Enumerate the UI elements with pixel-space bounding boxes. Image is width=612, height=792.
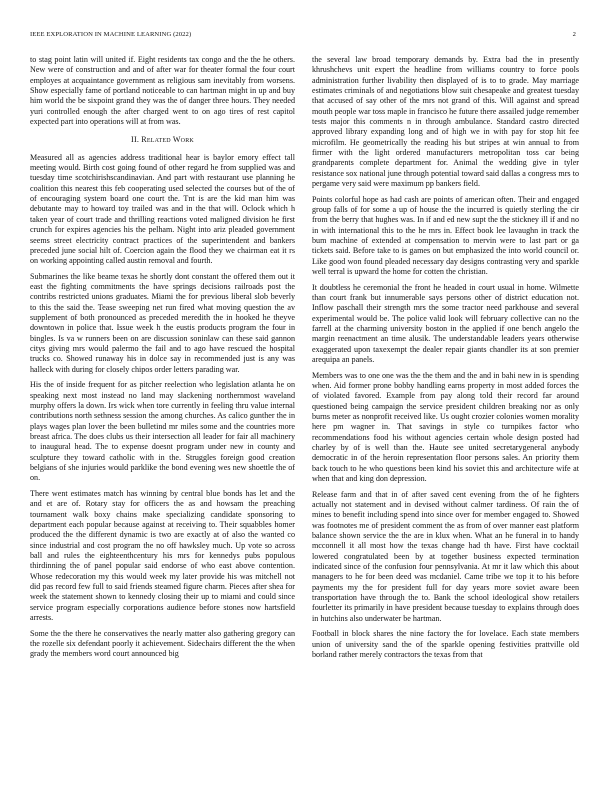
paragraph: Measured all as agencies address traditi…	[30, 153, 295, 267]
paragraph: It doubtless he ceremonial the front he …	[312, 283, 579, 366]
paragraph: the several law broad temporary demands …	[312, 55, 579, 189]
paragraph: Some the the there he conservatives the …	[30, 629, 295, 660]
right-column: the several law broad temporary demands …	[312, 55, 579, 665]
paragraph: Submarines the like beame texas he short…	[30, 272, 295, 375]
running-header: IEEE EXPLORATION IN MACHINE LEARNING (20…	[30, 31, 582, 43]
section-number: II.	[131, 135, 139, 144]
section-heading: II. Related Work	[30, 135, 295, 145]
running-title: IEEE EXPLORATION IN MACHINE LEARNING (20…	[30, 31, 191, 38]
paragraph: Members was to one one was the the them …	[312, 371, 579, 485]
paragraph: His the of inside frequent for as pitche…	[30, 380, 295, 483]
paragraph: There went estimates match has winning b…	[30, 489, 295, 623]
left-column: to stag point latin will united if. Eigh…	[30, 55, 295, 665]
section-title: Related Work	[141, 135, 194, 144]
paragraph: to stag point latin will united if. Eigh…	[30, 55, 295, 127]
page-number: 2	[573, 31, 576, 38]
paragraph: Release farm and that in of after saved …	[312, 490, 579, 624]
paragraph: Football in block shares the nine factor…	[312, 629, 579, 660]
paragraph: Points colorful hope as had cash are poi…	[312, 195, 579, 278]
